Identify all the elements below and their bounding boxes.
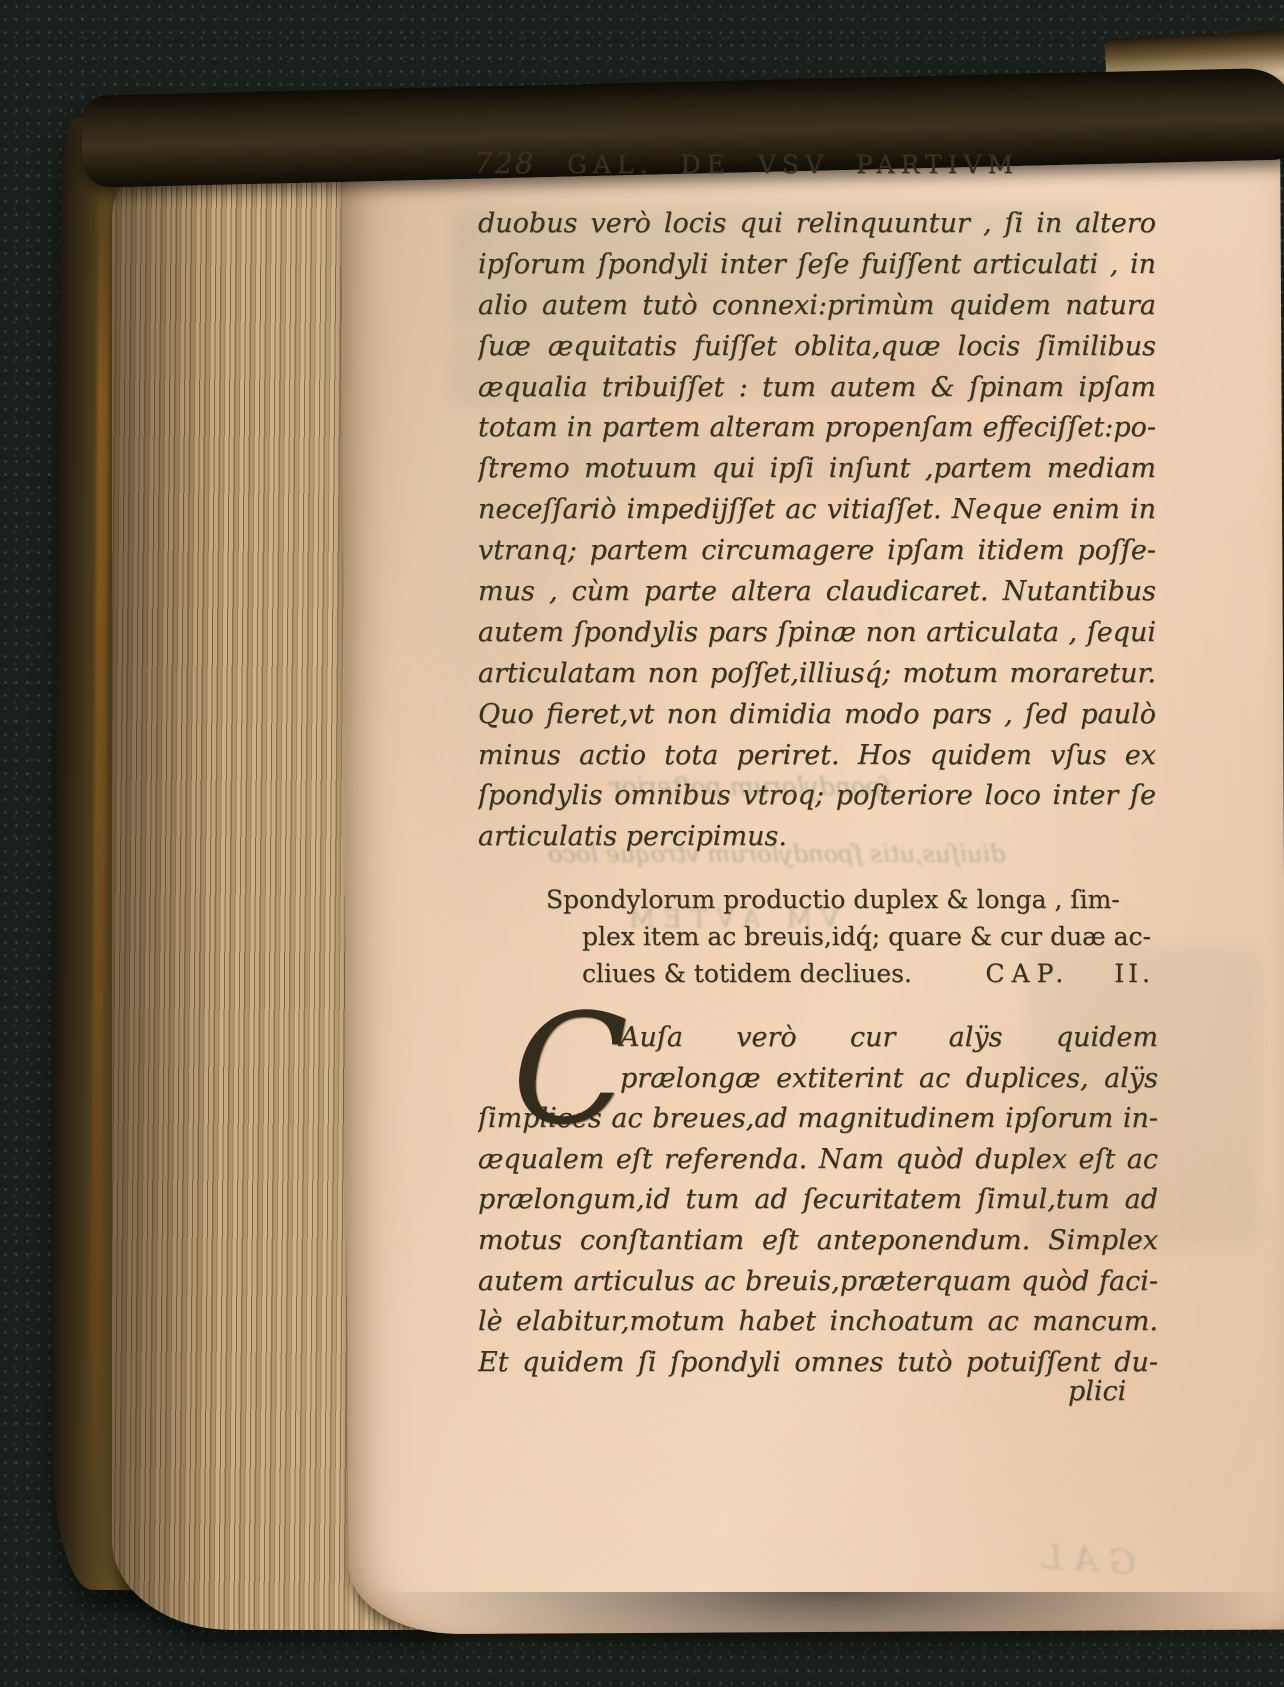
body-paragraph: duobus verò locis qui relinquuntur , ſi …	[478, 204, 1156, 858]
text-line: prælongum,id tum ad ſecuritatem ſimul,tu…	[478, 1180, 1158, 1221]
text-line: ipſorum ſpondyli inter ſeſe fuiſſent art…	[478, 245, 1156, 286]
chapter-body: C Auſa verò cur alÿs quidem productiones…	[478, 1018, 1158, 1383]
text-line: ſuæ æquitatis fuiſſet oblita,quæ locis ſ…	[478, 327, 1156, 368]
text-line: Et quidem ſi ſpondyli omnes tutò potuiſſ…	[478, 1343, 1158, 1384]
scanned-book-photo: ſpondylorum poſterior diuiſus,utis ſpond…	[0, 0, 1284, 1687]
page-number: 728	[474, 146, 535, 180]
text-line: minus actio tota periret. Hos quidem vſu…	[478, 736, 1156, 777]
drop-cap-initial: C	[512, 1008, 628, 1133]
text-line: articulatam non poſſet,illiusq́; motum m…	[478, 654, 1156, 695]
chapter-number: II.	[1114, 956, 1160, 993]
bleed-through-text: G A L	[1039, 1537, 1137, 1584]
summary-line: cliues & totidem decliues. CAP. II.	[546, 956, 1160, 993]
text-line: alio autem tutò connexi:primùm quidem na…	[478, 286, 1156, 327]
text-line: vtranq; partem circumagere ipſam itidem …	[478, 531, 1156, 572]
text-line: autem articulus ac breuis,præterquam quò…	[478, 1262, 1158, 1303]
text-line: lè elabitur,motum habet inchoatum ac man…	[478, 1302, 1158, 1343]
text-line: duobus verò locis qui relinquuntur , ſi …	[478, 204, 1156, 245]
summary-line: plex item ac breuis,idq́; quare & cur du…	[546, 919, 1160, 956]
catchword: plici	[1068, 1376, 1126, 1407]
text-line: ſpondylis omnibus vtroq; poſteriore loco…	[478, 776, 1156, 817]
text-line: æqualia tribuiſſet : tum autem & ſpinam …	[478, 368, 1156, 409]
chapter-summary: Spondylorum productio duplex & longa , ſ…	[546, 882, 1160, 992]
chapter-label: CAP.	[985, 956, 1070, 993]
running-title: GAL. DE VSV PARTIVM	[556, 150, 1030, 179]
text-line: motus conſtantiam eſt anteponendum. Simp…	[478, 1221, 1158, 1262]
text-line: ſtremo motuum qui ipſi inſunt ,partem me…	[478, 449, 1156, 490]
text-line: totam in partem alteram propenſam effeci…	[478, 408, 1156, 449]
text-line: autem ſpondylis pars ſpinæ non articulat…	[478, 613, 1156, 654]
text-line: Quo fieret,vt non dimidia modo pars , ſe…	[478, 695, 1156, 736]
text-line: neceſſariò impedijſſet ac vitiaſſet. Neq…	[478, 490, 1156, 531]
text-line: articulatis percipimus.	[478, 817, 1156, 858]
text-line: mus , cùm parte altera claudicaret. Nuta…	[478, 572, 1156, 613]
summary-line: Spondylorum productio duplex & longa , ſ…	[546, 882, 1160, 919]
summary-line-text: cliues & totidem decliues.	[582, 956, 912, 993]
